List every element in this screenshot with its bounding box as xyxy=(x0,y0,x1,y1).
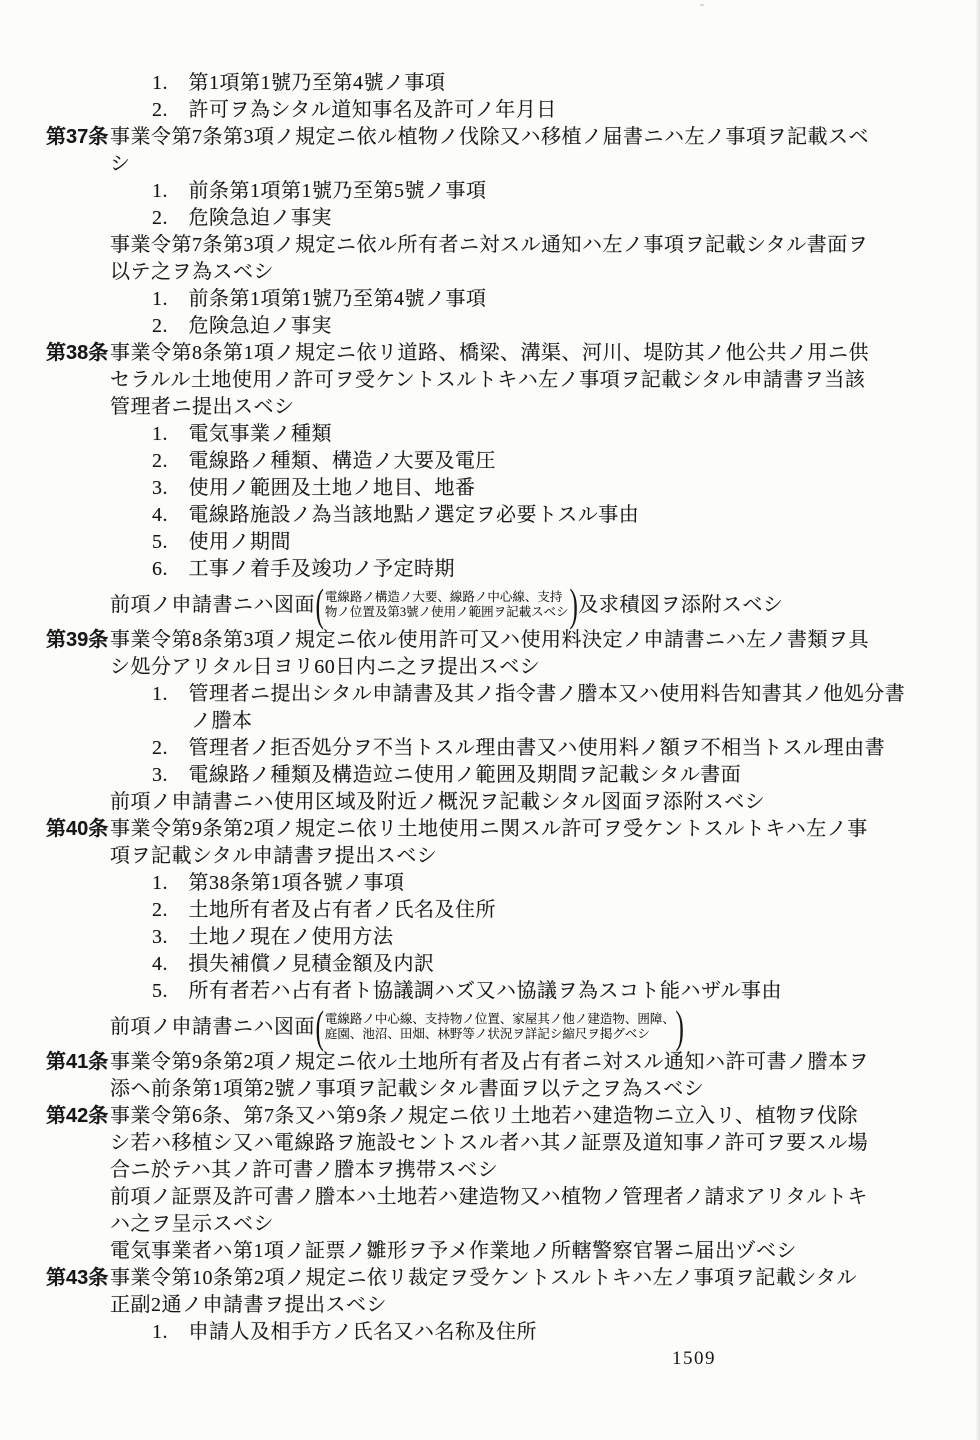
text-line: 第42条事業令第6条、第7条又ハ第9条ノ規定ニ依リ土地若ハ建造物ニ立入リ、植物ヲ… xyxy=(0,1103,980,1130)
legal-text-body: 1. 第1項第1號乃至第4號ノ事項2. 許可ヲ為シタル道知事名及許可ノ年月日第3… xyxy=(0,70,980,1346)
line-text: 事業令第7条第3項ノ規定ニ依ル植物ノ伐除又ハ移植ノ届書ニハ左ノ事項ヲ記載スベ xyxy=(110,126,869,148)
line-text: 2. 管理者ノ拒否処分ヲ不当トスル理由書又ハ使用料ノ額ヲ不相当トスル理由書 xyxy=(152,737,885,759)
text-line: 2. 危険急迫ノ事実 xyxy=(0,313,980,340)
scan-speck xyxy=(700,4,704,6)
line-text: 項ヲ記載シタル申請書ヲ提出スベシ xyxy=(110,845,437,867)
line-text: 以テ之ヲ為スベシ xyxy=(110,261,274,283)
line-text: 5. 所有者若ハ占有者ト協議調ハズ又ハ協議ヲ為スコト能ハザル事由 xyxy=(152,980,782,1002)
line-text: 4. 電線路施設ノ為当該地點ノ選定ヲ必要トスル事由 xyxy=(152,504,639,526)
line-text: 1. 前条第1項第1號乃至第5號ノ事項 xyxy=(152,180,487,202)
figure-note-prefix: 前項ノ申請書ニハ図面 xyxy=(110,1017,315,1037)
line-text: シ xyxy=(110,153,131,175)
line-text: 6. 工事ノ着手及竣功ノ予定時期 xyxy=(152,558,455,580)
line-text: 3. 使用ノ範囲及土地ノ地目、地番 xyxy=(152,477,476,499)
text-line: 管理者ニ提出スベシ xyxy=(0,394,980,421)
text-line: 2. 許可ヲ為シタル道知事名及許可ノ年月日 xyxy=(0,97,980,124)
figure-note-line: 庭園、池沼、田畑、林野等ノ状況ヲ詳記シ縮尺ヲ掲グベシ xyxy=(325,1027,675,1042)
text-line: 第41条事業令第9条第2項ノ規定ニ依ル土地所有者及占有者ニ対スル通知ハ許可書ノ謄… xyxy=(0,1049,980,1076)
line-text: ノ謄本 xyxy=(191,710,253,732)
text-line: シ xyxy=(0,151,980,178)
text-line: 第37条事業令第7条第3項ノ規定ニ依ル植物ノ伐除又ハ移植ノ届書ニハ左ノ事項ヲ記載… xyxy=(0,124,980,151)
text-line: 第39条事業令第8条第3項ノ規定ニ依ル使用許可又ハ使用料決定ノ申請書ニハ左ノ書類… xyxy=(0,627,980,654)
text-line: ハ之ヲ呈示スベシ xyxy=(0,1211,980,1238)
line-text: 2. 危険急迫ノ事実 xyxy=(152,207,332,229)
text-line: 以テ之ヲ為スベシ xyxy=(0,259,980,286)
line-text: 事業令第6条、第7条又ハ第9条ノ規定ニ依リ土地若ハ建造物ニ立入リ、植物ヲ伐除 xyxy=(110,1105,858,1127)
line-text: シ処分アリタル日ヨリ60日内ニ之ヲ提出スベシ xyxy=(110,656,540,678)
text-line: 1. 申請人及相手方ノ氏名又ハ名称及住所 xyxy=(0,1319,980,1346)
line-text: 2. 土地所有者及占有者ノ氏名及住所 xyxy=(152,899,496,921)
line-text: 1. 管理者ニ提出シタル申請書及其ノ指令書ノ謄本又ハ使用料告知書其ノ他処分書 xyxy=(152,683,905,705)
line-text: 前項ノ申請書ニハ使用区域及附近ノ概況ヲ記載シタル図面ヲ添附スベシ xyxy=(110,791,765,813)
text-line: 3. 土地ノ現在ノ使用方法 xyxy=(0,924,980,951)
text-line: セラルル土地使用ノ許可ヲ受ケントスルトキハ左ノ事項ヲ記載シタル申請書ヲ当該 xyxy=(0,367,980,394)
article-number-label: 第43条 xyxy=(46,1265,108,1292)
text-line: 2. 危険急迫ノ事実 xyxy=(0,205,980,232)
line-text: シ若ハ移植シ又ハ電線路ヲ施設セントスル者ハ其ノ証票及道知事ノ許可ヲ要スル場 xyxy=(110,1132,868,1154)
line-text: 1. 第38条第1項各號ノ事項 xyxy=(152,872,405,894)
text-line: 合ニ於テハ其ノ許可書ノ謄本ヲ携帯スベシ xyxy=(0,1157,980,1184)
article-number-label: 第38条 xyxy=(46,340,108,367)
article-number-label: 第37条 xyxy=(46,124,108,151)
line-text: 正副2通ノ申請書ヲ提出スベシ xyxy=(110,1294,387,1316)
article-number-label: 第41条 xyxy=(46,1049,108,1076)
line-text: 事業令第9条第2項ノ規定ニ依リ土地使用ニ関スル許可ヲ受ケントスルトキハ左ノ事 xyxy=(110,818,868,840)
line-text: 前項ノ証票及許可書ノ謄本ハ土地若ハ建造物又ハ植物ノ管理者ノ請求アリタルトキ xyxy=(110,1186,868,1208)
text-line: 3. 電線路ノ種類及構造竝ニ使用ノ範囲及期間ヲ記載シタル書面 xyxy=(0,762,980,789)
line-text: 電気事業者ハ第1項ノ証票ノ雛形ヲ予メ作業地ノ所轄警察官署ニ届出ヅベシ xyxy=(110,1240,797,1262)
text-line: 1. 管理者ニ提出シタル申請書及其ノ指令書ノ謄本又ハ使用料告知書其ノ他処分書 xyxy=(0,681,980,708)
line-text: ハ之ヲ呈示スベシ xyxy=(110,1213,274,1235)
line-text: 管理者ニ提出スベシ xyxy=(110,396,295,418)
article-number-label: 第40条 xyxy=(46,816,108,843)
line-text: 2. 許可ヲ為シタル道知事名及許可ノ年月日 xyxy=(152,99,557,121)
figure-note-line: 物ノ位置及第3號ノ使用ノ範囲ヲ記載スベシ xyxy=(325,605,569,620)
line-text: 事業令第9条第2項ノ規定ニ依ル土地所有者及占有者ニ対スル通知ハ許可書ノ謄本ヲ xyxy=(110,1051,869,1073)
close-paren-glyph: ) xyxy=(675,1007,684,1047)
text-line: 電気事業者ハ第1項ノ証票ノ雛形ヲ予メ作業地ノ所轄警察官署ニ届出ヅベシ xyxy=(0,1238,980,1265)
line-text: 事業令第8条第3項ノ規定ニ依ル使用許可又ハ使用料決定ノ申請書ニハ左ノ書類ヲ具 xyxy=(110,629,869,651)
text-line: 1. 第1項第1號乃至第4號ノ事項 xyxy=(0,70,980,97)
text-line: 前項ノ証票及許可書ノ謄本ハ土地若ハ建造物又ハ植物ノ管理者ノ請求アリタルトキ xyxy=(0,1184,980,1211)
line-text: 4. 損失補償ノ見積金額及内訳 xyxy=(152,953,435,975)
text-line: 前項ノ申請書ニハ図面(電線路ノ構造ノ大要、線路ノ中心線、支持物ノ位置及第3號ノ使… xyxy=(0,583,980,627)
article-number-label: 第39条 xyxy=(46,627,108,654)
line-text: 添ヘ前条第1項第2號ノ事項ヲ記載シタル書面ヲ以テ之ヲ為スベシ xyxy=(110,1078,704,1100)
text-line: 5. 使用ノ期間 xyxy=(0,529,980,556)
line-text: 1. 電気事業ノ種類 xyxy=(152,423,332,445)
text-line: 4. 電線路施設ノ為当該地點ノ選定ヲ必要トスル事由 xyxy=(0,502,980,529)
line-text: 事業令第10条第2項ノ規定ニ依リ裁定ヲ受ケントスルトキハ左ノ事項ヲ記載シタル xyxy=(110,1267,857,1289)
text-line: 2. 土地所有者及占有者ノ氏名及住所 xyxy=(0,897,980,924)
text-line: 1. 第38条第1項各號ノ事項 xyxy=(0,870,980,897)
line-text: 2. 電線路ノ種類、構造ノ大要及電圧 xyxy=(152,450,496,472)
text-line: 事業令第7条第3項ノ規定ニ依ル所有者ニ対スル通知ハ左ノ事項ヲ記載シタル書面ヲ xyxy=(0,232,980,259)
page-number: 1509 xyxy=(672,1348,716,1370)
line-text: 5. 使用ノ期間 xyxy=(152,531,291,553)
text-line: ノ謄本 xyxy=(0,708,980,735)
text-line: シ処分アリタル日ヨリ60日内ニ之ヲ提出スベシ xyxy=(0,654,980,681)
text-line: 正副2通ノ申請書ヲ提出スベシ xyxy=(0,1292,980,1319)
line-text: 事業令第7条第3項ノ規定ニ依ル所有者ニ対スル通知ハ左ノ事項ヲ記載シタル書面ヲ xyxy=(110,234,868,256)
figure-note-smallprint: 電線路ノ中心線、支持物ノ位置、家屋其ノ他ノ建造物、囲障、庭園、池沼、田畑、林野等… xyxy=(325,1012,675,1042)
text-line: 前項ノ申請書ニハ使用区域及附近ノ概況ヲ記載シタル図面ヲ添附スベシ xyxy=(0,789,980,816)
line-text: 3. 土地ノ現在ノ使用方法 xyxy=(152,926,394,948)
line-text: 1. 申請人及相手方ノ氏名又ハ名称及住所 xyxy=(152,1321,537,1343)
line-text: 1. 第1項第1號乃至第4號ノ事項 xyxy=(152,72,446,94)
line-text: 3. 電線路ノ種類及構造竝ニ使用ノ範囲及期間ヲ記載シタル書面 xyxy=(152,764,741,786)
text-line: 項ヲ記載シタル申請書ヲ提出スベシ xyxy=(0,843,980,870)
line-text: 事業令第8条第1項ノ規定ニ依リ道路、橋梁、溝渠、河川、堤防其ノ他公共ノ用ニ供 xyxy=(110,342,869,364)
text-line: 2. 管理者ノ拒否処分ヲ不当トスル理由書又ハ使用料ノ額ヲ不相当トスル理由書 xyxy=(0,735,980,762)
text-line: 前項ノ申請書ニハ図面(電線路ノ中心線、支持物ノ位置、家屋其ノ他ノ建造物、囲障、庭… xyxy=(0,1005,980,1049)
line-text: 2. 危険急迫ノ事実 xyxy=(152,315,332,337)
text-line: 3. 使用ノ範囲及土地ノ地目、地番 xyxy=(0,475,980,502)
text-line: 1. 電気事業ノ種類 xyxy=(0,421,980,448)
figure-note-prefix: 前項ノ申請書ニハ図面 xyxy=(110,595,315,615)
text-line: 5. 所有者若ハ占有者ト協議調ハズ又ハ協議ヲ為スコト能ハザル事由 xyxy=(0,978,980,1005)
text-line: 添ヘ前条第1項第2號ノ事項ヲ記載シタル書面ヲ以テ之ヲ為スベシ xyxy=(0,1076,980,1103)
text-line: 1. 前条第1項第1號乃至第5號ノ事項 xyxy=(0,178,980,205)
text-line: 1. 前条第1項第1號乃至第4號ノ事項 xyxy=(0,286,980,313)
scanned-document-page: 1. 第1項第1號乃至第4號ノ事項2. 許可ヲ為シタル道知事名及許可ノ年月日第3… xyxy=(0,0,980,1440)
article-number-label: 第42条 xyxy=(46,1103,108,1130)
text-line: 第43条事業令第10条第2項ノ規定ニ依リ裁定ヲ受ケントスルトキハ左ノ事項ヲ記載シ… xyxy=(0,1265,980,1292)
open-paren-glyph: ( xyxy=(316,585,325,625)
scan-edge-artifact xyxy=(975,0,980,1440)
text-line: シ若ハ移植シ又ハ電線路ヲ施設セントスル者ハ其ノ証票及道知事ノ許可ヲ要スル場 xyxy=(0,1130,980,1157)
open-paren-glyph: ( xyxy=(316,1007,325,1047)
text-line: 第40条事業令第9条第2項ノ規定ニ依リ土地使用ニ関スル許可ヲ受ケントスルトキハ左… xyxy=(0,816,980,843)
line-text: セラルル土地使用ノ許可ヲ受ケントスルトキハ左ノ事項ヲ記載シタル申請書ヲ当該 xyxy=(110,369,865,391)
text-line: 6. 工事ノ着手及竣功ノ予定時期 xyxy=(0,556,980,583)
line-text: 合ニ於テハ其ノ許可書ノ謄本ヲ携帯スベシ xyxy=(110,1159,498,1181)
figure-note-suffix: 及求積図ヲ添附スベシ xyxy=(578,595,783,615)
text-line: 4. 損失補償ノ見積金額及内訳 xyxy=(0,951,980,978)
figure-note-line: 電線路ノ構造ノ大要、線路ノ中心線、支持 xyxy=(325,590,569,605)
figure-note-smallprint: 電線路ノ構造ノ大要、線路ノ中心線、支持物ノ位置及第3號ノ使用ノ範囲ヲ記載スベシ xyxy=(325,590,569,620)
line-text: 1. 前条第1項第1號乃至第4號ノ事項 xyxy=(152,288,487,310)
figure-note-line: 電線路ノ中心線、支持物ノ位置、家屋其ノ他ノ建造物、囲障、 xyxy=(325,1012,675,1027)
text-line: 2. 電線路ノ種類、構造ノ大要及電圧 xyxy=(0,448,980,475)
text-line: 第38条事業令第8条第1項ノ規定ニ依リ道路、橋梁、溝渠、河川、堤防其ノ他公共ノ用… xyxy=(0,340,980,367)
close-paren-glyph: ) xyxy=(569,585,578,625)
